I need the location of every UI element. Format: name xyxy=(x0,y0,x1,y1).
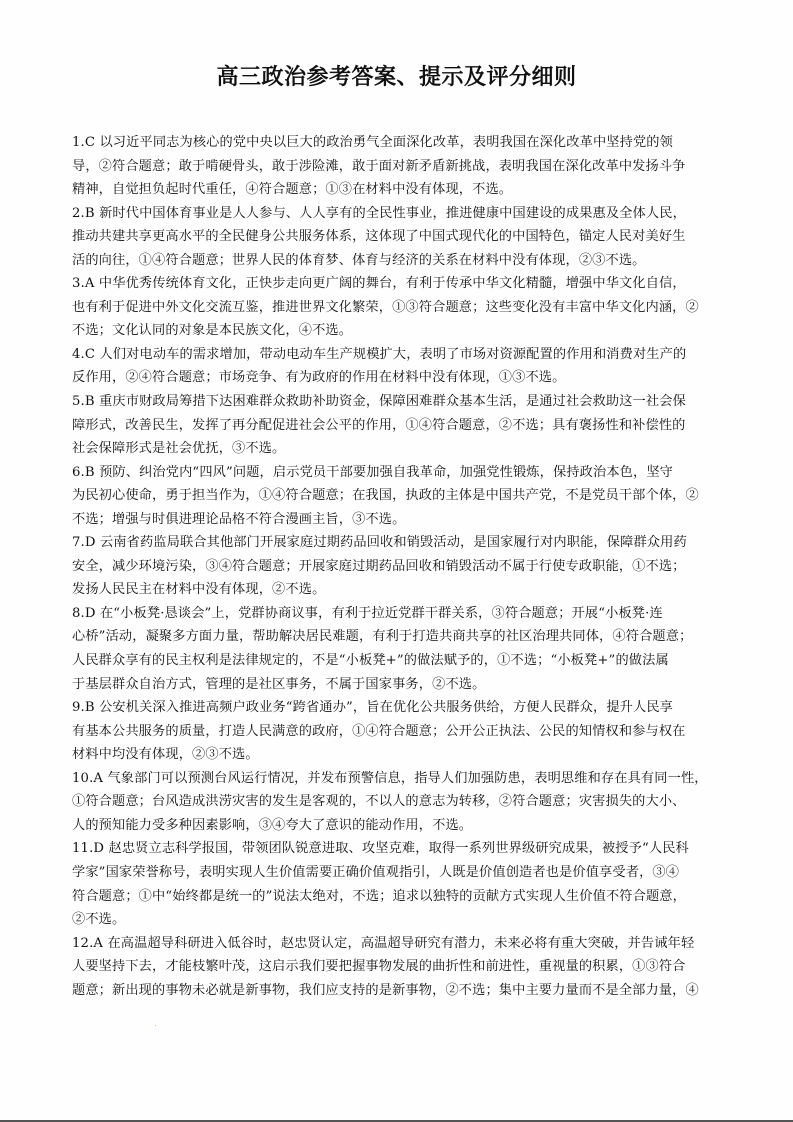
answer-line: 有基本公共服务的质量，打造人民满意的政府，①④符合题意；公开公正执法、公民的知情… xyxy=(72,720,720,744)
answer-line: 材料中均没有体现，②③不选。 xyxy=(72,743,720,767)
answer-line: 不选；增强与时俱进理论品格不符合漫画主旨，③不选。 xyxy=(72,508,720,532)
answer-line: 导，②符合题意；敢于啃硬骨头，敢于涉险滩，敢于面对新矛盾新挑战，表明我国在深化改… xyxy=(72,155,720,179)
answer-line: 4.C 人们对电动车的需求增加，带动电动车生产规模扩大，表明了市场对资源配置的作… xyxy=(72,343,720,367)
answer-item-1: 1.C 以习近平同志为核心的党中央以巨大的政治勇气全面深化改革，表明我国在深化改… xyxy=(72,131,720,202)
answer-line: 12.A 在高温超导科研进入低谷时，赵忠贤认定，高温超导研究有潜力，未来必将有重… xyxy=(72,932,720,956)
answer-line: 11.D 赵忠贤立志科学报国，带领团队锐意进取、攻坚克难，取得一系列世界级研究成… xyxy=(72,837,720,861)
answer-line: 符合题意；①中“始终都是统一的”说法太绝对，不选；追求以独特的贡献方式实现人生价… xyxy=(72,885,720,909)
answer-item-6: 6.B 预防、纠治党内“四风”问题，启示党员干部要加强自我革命，加强党性锻炼，保… xyxy=(72,461,720,532)
answer-line: ①符合题意；台风造成洪涝灾害的发生是客观的，不以人的意志为转移，②符合题意；灾害… xyxy=(72,790,720,814)
answer-line: 5.B 重庆市财政局筹措下达困难群众救助补助资金，保障困难群众基本生活，是通过社… xyxy=(72,390,720,414)
answer-line: 题意；新出现的事物未必就是新事物，我们应支持的是新事物，②不选；集中主要力量而不… xyxy=(72,979,720,1003)
answer-item-9: 9.B 公安机关深入推进高频户政业务“跨省通办”，旨在优化公共服务供给，方便人民… xyxy=(72,696,720,767)
answer-line: 也有利于促进中外文化交流互鉴，推进世界文化繁荣，①③符合题意；这些变化没有丰富中… xyxy=(72,296,720,320)
answer-item-10: 10.A 气象部门可以预测台风运行情况，并发布预警信息，指导人们加强防患，表明思… xyxy=(72,767,720,838)
answer-line: 活的向往，①④符合题意；世界人民的体育梦、体育与经济的关系在材料中没有体现，②③… xyxy=(72,249,720,273)
answer-line: 人民群众享有的民主权利是法律规定的，不是“小板凳+”的做法赋予的，①不选；“小板… xyxy=(72,649,720,673)
answer-item-12: 12.A 在高温超导科研进入低谷时，赵忠贤认定，高温超导研究有潜力，未来必将有重… xyxy=(72,932,720,1003)
answer-line: 10.A 气象部门可以预测台风运行情况，并发布预警信息，指导人们加强防患，表明思… xyxy=(72,767,720,791)
answer-item-7: 7.D 云南省药监局联合其他部门开展家庭过期药品回收和销毁活动，是国家履行对内职… xyxy=(72,531,720,602)
answer-line: 9.B 公安机关深入推进高频户政业务“跨省通办”，旨在优化公共服务供给，方便人民… xyxy=(72,696,720,720)
answer-line: 2.B 新时代中国体育事业是人人参与、人人享有的全民性事业，推进健康中国建设的成… xyxy=(72,202,720,226)
answer-list: 1.C 以习近平同志为核心的党中央以巨大的政治勇气全面深化改革，表明我国在深化改… xyxy=(72,131,720,1002)
answer-line: 精神，自觉担负起时代重任，④符合题意；①③在材料中没有体现，不选。 xyxy=(72,178,720,202)
answer-line: 1.C 以习近平同志为核心的党中央以巨大的政治勇气全面深化改革，表明我国在深化改… xyxy=(72,131,720,155)
answer-line: 反作用，②④符合题意；市场竞争、有为政府的作用在材料中没有体现，①③不选。 xyxy=(72,366,720,390)
answer-item-4: 4.C 人们对电动车的需求增加，带动电动车生产规模扩大，表明了市场对资源配置的作… xyxy=(72,343,720,390)
answer-line: 为民初心使命，勇于担当作为，①④符合题意；在我国，执政的主体是中国共产党，不是党… xyxy=(72,484,720,508)
answer-line: 7.D 云南省药监局联合其他部门开展家庭过期药品回收和销毁活动，是国家履行对内职… xyxy=(72,531,720,555)
answer-line: 发扬人民民主在材料中没有体现，②不选。 xyxy=(72,578,720,602)
answer-line: 不选；文化认同的对象是本民族文化，④不选。 xyxy=(72,319,720,343)
answer-item-2: 2.B 新时代中国体育事业是人人参与、人人享有的全民性事业，推进健康中国建设的成… xyxy=(72,202,720,273)
answer-item-8: 8.D 在“小板凳·恳谈会”上，党群协商议事，有利于拉近党群干群关系，③符合题意… xyxy=(72,602,720,696)
answer-line: ②不选。 xyxy=(72,908,720,932)
answer-line: 心桥”活动，凝聚多方面力量，帮助解决居民难题，有利于打造共商共享的社区治理共同体… xyxy=(72,625,720,649)
answer-line: 社会保障形式是社会优抚，③不选。 xyxy=(72,437,720,461)
answer-line: 于基层群众自治方式，管理的是社区事务，不属于国家事务，②不选。 xyxy=(72,673,720,697)
answer-line: 学家”国家荣誉称号，表明实现人生价值需要正确价值观指引，人既是价值创造者也是价值… xyxy=(72,861,720,885)
answer-line: 8.D 在“小板凳·恳谈会”上，党群协商议事，有利于拉近党群干群关系，③符合题意… xyxy=(72,602,720,626)
stray-mark xyxy=(155,1025,156,1026)
answer-line: 6.B 预防、纠治党内“四风”问题，启示党员干部要加强自我革命，加强党性锻炼，保… xyxy=(72,461,720,485)
answer-line: 3.A 中华优秀传统体育文化，正快步走向更广阔的舞台，有利于传承中华文化精髓，增… xyxy=(72,272,720,296)
answer-item-5: 5.B 重庆市财政局筹措下达困难群众救助补助资金，保障困难群众基本生活，是通过社… xyxy=(72,390,720,461)
answer-line: 推动共建共享更高水平的全民健身公共服务体系，这体现了中国式现代化的中国特色，锚定… xyxy=(72,225,720,249)
answer-line: 人的预知能力受多种因素影响，③④夸大了意识的能动作用，不选。 xyxy=(72,814,720,838)
answer-line: 障形式，改善民生，发挥了再分配促进社会公平的作用，①④符合题意，②不选；具有褒扬… xyxy=(72,414,720,438)
document-page: 高三政治参考答案、提示及评分细则 1.C 以习近平同志为核心的党中央以巨大的政治… xyxy=(0,0,793,1120)
answer-item-11: 11.D 赵忠贤立志科学报国，带领团队锐意进取、攻坚克难，取得一系列世界级研究成… xyxy=(72,837,720,931)
document-title: 高三政治参考答案、提示及评分细则 xyxy=(0,60,793,91)
answer-line: 人要坚持下去，才能枝繁叶茂，这启示我们要把握事物发展的曲折性和前进性，重视量的积… xyxy=(72,955,720,979)
answer-line: 安全，减少环境污染，③④符合题意；开展家庭过期药品回收和销毁活动不属于行使专政职… xyxy=(72,555,720,579)
answer-item-3: 3.A 中华优秀传统体育文化，正快步走向更广阔的舞台，有利于传承中华文化精髓，增… xyxy=(72,272,720,343)
